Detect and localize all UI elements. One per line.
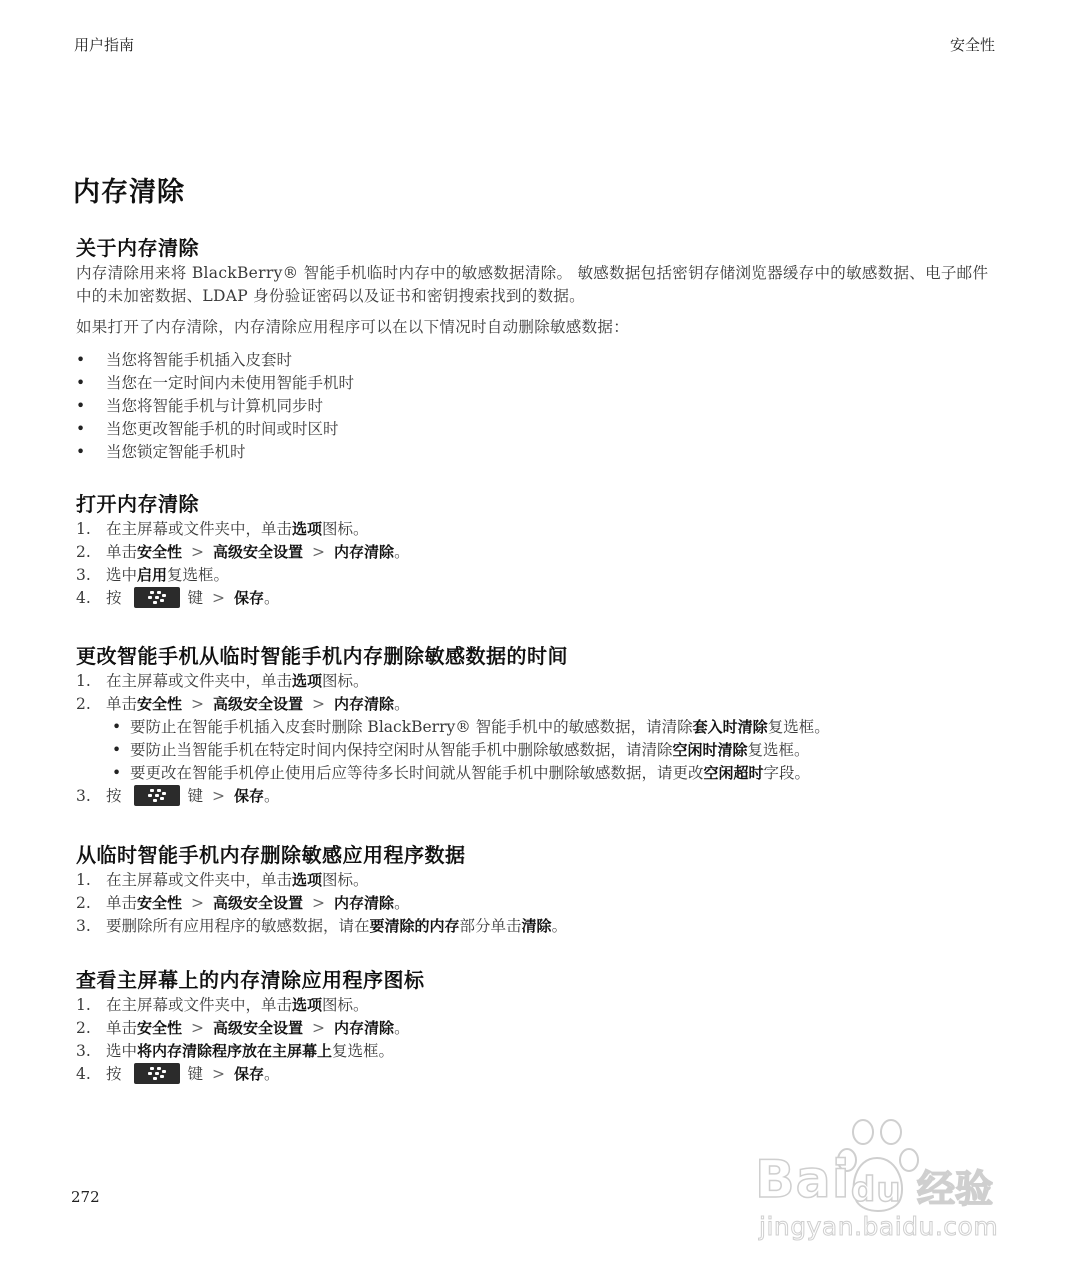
ui-label-memory-cleaning: 内存清除 <box>334 1019 394 1037</box>
ui-label-advanced-security: 高级安全设置 <box>213 543 303 561</box>
step-item: 3. 选中启用复选框。 <box>76 564 996 587</box>
chevron-right-icon: > <box>191 543 204 561</box>
watermark-brand-du: du <box>851 1170 902 1210</box>
list-item: 当您在一定时间内未使用智能手机时 <box>76 372 996 395</box>
conditions-list: 当您将智能手机插入皮套时 当您在一定时间内未使用智能手机时 当您将智能手机与计算… <box>76 349 996 464</box>
step-item: 2. 单击安全性>高级安全设置>内存清除。 要防止在智能手机插入皮套时删除 Bl… <box>76 693 996 785</box>
chevron-right-icon: > <box>212 589 225 607</box>
ui-label-options: 选项 <box>292 520 322 538</box>
chevron-right-icon: > <box>312 1019 325 1037</box>
ui-label-save: 保存 <box>234 787 264 805</box>
section-about: 关于内存清除 内存清除用来将 BlackBerry® 智能手机临时内存中的敏感数… <box>76 234 996 464</box>
chevron-right-icon: > <box>312 543 325 561</box>
section-heading: 更改智能手机从临时智能手机内存删除敏感数据的时间 <box>76 642 996 670</box>
ui-label-security: 安全性 <box>137 695 182 713</box>
ui-label-clean: 清除 <box>522 917 552 935</box>
ui-label-memory-cleaning: 内存清除 <box>334 543 394 561</box>
step-item: 1. 在主屏幕或文件夹中，单击选项图标。 <box>76 994 996 1017</box>
chevron-right-icon: > <box>312 695 325 713</box>
step-item: 4. 按键>保存。 <box>76 587 996 610</box>
ui-label-memory-to-clean: 要清除的内存 <box>370 917 460 935</box>
section-heading: 关于内存清除 <box>76 234 996 262</box>
list-item: 当您更改智能手机的时间或时区时 <box>76 418 996 441</box>
step-item: 4. 按键>保存。 <box>76 1063 996 1086</box>
list-item: 当您锁定智能手机时 <box>76 441 996 464</box>
steps-list: 1. 在主屏幕或文件夹中，单击选项图标。 2. 单击安全性>高级安全设置>内存清… <box>76 670 996 808</box>
sub-list-item: 要防止当智能手机在特定时间内保持空闲时从智能手机中删除敏感数据，请清除空闲时清除… <box>106 739 996 762</box>
ui-label-memory-cleaning: 内存清除 <box>334 894 394 912</box>
blackberry-menu-key-icon <box>134 1063 180 1084</box>
ui-label-save: 保存 <box>234 589 264 607</box>
step-item: 1. 在主屏幕或文件夹中，单击选项图标。 <box>76 670 996 693</box>
step-item: 2. 单击安全性>高级安全设置>内存清除。 <box>76 541 996 564</box>
step-item: 3. 按键>保存。 <box>76 785 996 808</box>
ui-label-show-on-home-screen: 将内存清除程序放在主屏幕上 <box>137 1042 332 1060</box>
chevron-right-icon: > <box>312 894 325 912</box>
section-heading: 打开内存清除 <box>76 490 996 518</box>
steps-list: 1. 在主屏幕或文件夹中，单击选项图标。 2. 单击安全性>高级安全设置>内存清… <box>76 994 996 1086</box>
ui-label-security: 安全性 <box>137 543 182 561</box>
step-item: 2. 单击安全性>高级安全设置>内存清除。 <box>76 1017 996 1040</box>
ui-label-options: 选项 <box>292 996 322 1014</box>
page-title: 内存清除 <box>73 170 185 209</box>
sub-options-list: 要防止在智能手机插入皮套时删除 BlackBerry® 智能手机中的敏感数据，请… <box>106 716 996 785</box>
section-view-icon: 查看主屏幕上的内存清除应用程序图标 1. 在主屏幕或文件夹中，单击选项图标。 2… <box>76 966 996 1086</box>
blackberry-menu-key-icon <box>134 785 180 806</box>
ui-label-enable: 启用 <box>137 566 167 584</box>
chevron-right-icon: > <box>212 1065 225 1083</box>
baidu-jingyan-watermark: Bai du 经验 jingyan.baidu.com <box>755 1118 1005 1248</box>
blackberry-menu-key-icon <box>134 587 180 608</box>
list-item: 当您将智能手机插入皮套时 <box>76 349 996 372</box>
watermark-brand: Bai <box>755 1150 851 1210</box>
sub-list-item: 要防止在智能手机插入皮套时删除 BlackBerry® 智能手机中的敏感数据，请… <box>106 716 996 739</box>
chevron-right-icon: > <box>191 1019 204 1037</box>
step-item: 2. 单击安全性>高级安全设置>内存清除。 <box>76 892 996 915</box>
ui-label-security: 安全性 <box>137 894 182 912</box>
page-number: 272 <box>71 1188 100 1206</box>
ui-label-advanced-security: 高级安全设置 <box>213 695 303 713</box>
step-item: 1. 在主屏幕或文件夹中，单击选项图标。 <box>76 869 996 892</box>
about-paragraph-1: 内存清除用来将 BlackBerry® 智能手机临时内存中的敏感数据清除。 敏感… <box>76 262 996 308</box>
running-header-chapter: 安全性 <box>950 34 995 55</box>
ui-label-advanced-security: 高级安全设置 <box>213 1019 303 1037</box>
watermark-cn: 经验 <box>917 1158 993 1213</box>
section-delete-app-data: 从临时智能手机内存删除敏感应用程序数据 1. 在主屏幕或文件夹中，单击选项图标。… <box>76 841 996 938</box>
ui-label-options: 选项 <box>292 871 322 889</box>
section-heading: 从临时智能手机内存删除敏感应用程序数据 <box>76 841 996 869</box>
steps-list: 1. 在主屏幕或文件夹中，单击选项图标。 2. 单击安全性>高级安全设置>内存清… <box>76 869 996 938</box>
ui-label-idle-timeout: 空闲超时 <box>704 764 764 782</box>
chevron-right-icon: > <box>212 787 225 805</box>
ui-label-clean-when-holstered: 套入时清除 <box>693 718 768 736</box>
section-change-time: 更改智能手机从临时智能手机内存删除敏感数据的时间 1. 在主屏幕或文件夹中，单击… <box>76 642 996 808</box>
ui-label-save: 保存 <box>234 1065 264 1083</box>
ui-label-clean-when-idle: 空闲时清除 <box>673 741 748 759</box>
steps-list: 1. 在主屏幕或文件夹中，单击选项图标。 2. 单击安全性>高级安全设置>内存清… <box>76 518 996 610</box>
step-item: 3. 选中将内存清除程序放在主屏幕上复选框。 <box>76 1040 996 1063</box>
chevron-right-icon: > <box>191 894 204 912</box>
ui-label-security: 安全性 <box>137 1019 182 1037</box>
watermark-url: jingyan.baidu.com <box>759 1212 998 1241</box>
sub-list-item: 要更改在智能手机停止使用后应等待多长时间就从智能手机中删除敏感数据，请更改空闲超… <box>106 762 996 785</box>
section-enable: 打开内存清除 1. 在主屏幕或文件夹中，单击选项图标。 2. 单击安全性>高级安… <box>76 490 996 610</box>
section-heading: 查看主屏幕上的内存清除应用程序图标 <box>76 966 996 994</box>
step-item: 1. 在主屏幕或文件夹中，单击选项图标。 <box>76 518 996 541</box>
running-header-guide: 用户指南 <box>74 34 134 55</box>
chevron-right-icon: > <box>191 695 204 713</box>
step-item: 3. 要删除所有应用程序的敏感数据，请在要清除的内存部分单击清除。 <box>76 915 996 938</box>
about-paragraph-2: 如果打开了内存清除，内存清除应用程序可以在以下情况时自动删除敏感数据： <box>76 316 996 339</box>
ui-label-advanced-security: 高级安全设置 <box>213 894 303 912</box>
list-item: 当您将智能手机与计算机同步时 <box>76 395 996 418</box>
ui-label-options: 选项 <box>292 672 322 690</box>
ui-label-memory-cleaning: 内存清除 <box>334 695 394 713</box>
